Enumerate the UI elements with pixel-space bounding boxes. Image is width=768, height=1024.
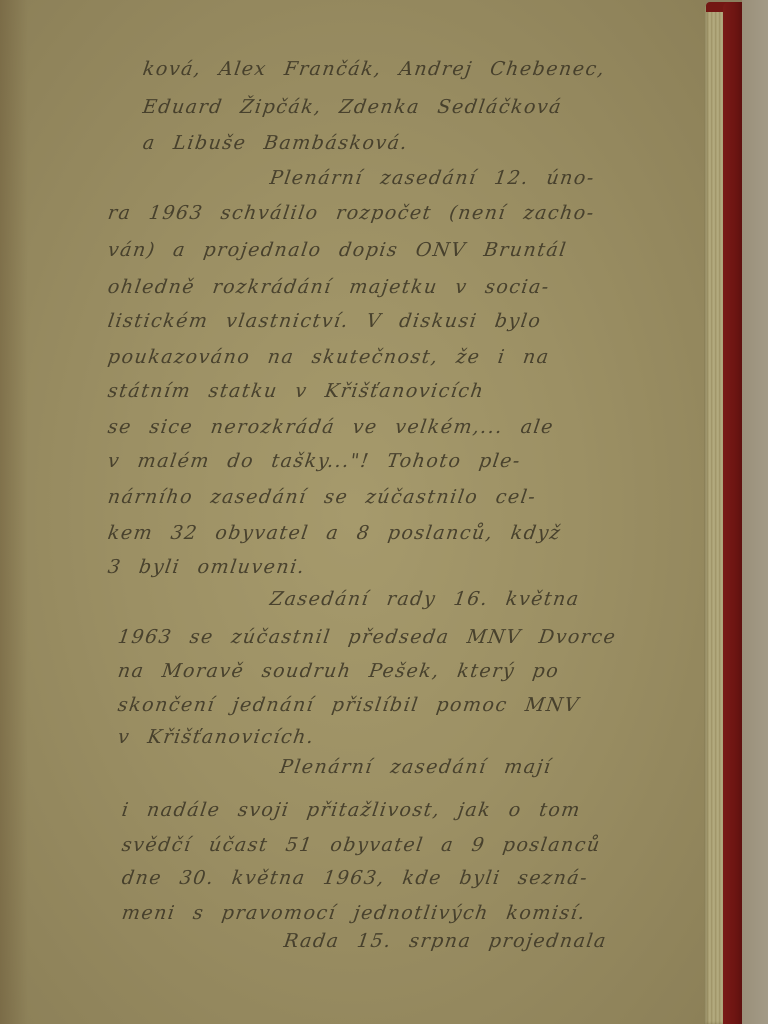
handwritten-line: Zasedání rady 16. května	[268, 588, 581, 610]
handwritten-line: i nadále svoji přitažlivost, jak o tom	[120, 799, 582, 821]
handwritten-line: kem 32 obyvatel a 8 poslanců, když	[106, 522, 562, 544]
handwritten-line: Plenární zasedání mají	[278, 756, 553, 778]
handwritten-line: státním statku v Křišťanovicích	[106, 380, 485, 402]
handwritten-line: svědčí účast 51 obyvatel a 9 poslanců	[120, 834, 602, 856]
handwritten-line: dne 30. května 1963, kde byli sezná-	[120, 867, 589, 889]
handwritten-line: Plenární zasedání 12. úno-	[268, 167, 596, 189]
handwritten-line: ra 1963 schválilo rozpočet (není zacho-	[106, 202, 596, 224]
handwritten-text-block: ková, Alex Frančák, Andrej Chebenec,Edua…	[0, 0, 706, 1024]
handwritten-line: Rada 15. srpna projednala	[282, 930, 608, 952]
handwritten-line: skončení jednání přislíbil pomoc MNV	[116, 694, 581, 716]
handwritten-line: Eduard Žipčák, Zdenka Sedláčková	[141, 96, 563, 118]
handwritten-line: 3 byli omluveni.	[106, 556, 306, 578]
handwritten-line: ván) a projednalo dopis ONV Bruntál	[106, 239, 568, 261]
handwritten-line: se sice nerozkrádá ve velkém,... ale	[106, 416, 555, 438]
handwritten-line: poukazováno na skutečnost, že i na	[106, 346, 551, 368]
handwritten-line: v Křišťanovicích.	[116, 726, 316, 748]
handwritten-line: v malém do tašky..."! Tohoto ple-	[106, 450, 522, 472]
handwritten-line: na Moravě soudruh Pešek, který po	[116, 660, 560, 682]
handwritten-line: ková, Alex Frančák, Andrej Chebenec,	[141, 58, 606, 80]
handwritten-line: nárního zasedání se zúčastnilo cel-	[106, 486, 537, 508]
handwritten-line: listickém vlastnictví. V diskusi bylo	[106, 310, 542, 332]
red-book-cover	[723, 2, 742, 1024]
handwritten-line: 1963 se zúčastnil předseda MNV Dvorce	[116, 626, 617, 648]
handwritten-line: a Libuše Bambásková.	[141, 132, 409, 154]
notebook-page: ková, Alex Frančák, Andrej Chebenec,Edua…	[0, 0, 706, 1024]
handwritten-line: ohledně rozkrádání majetku v socia-	[106, 276, 551, 298]
table-backdrop	[742, 0, 768, 1024]
stacked-page-edges	[704, 6, 724, 1024]
handwritten-line: meni s pravomocí jednotlivých komisí.	[120, 902, 587, 924]
